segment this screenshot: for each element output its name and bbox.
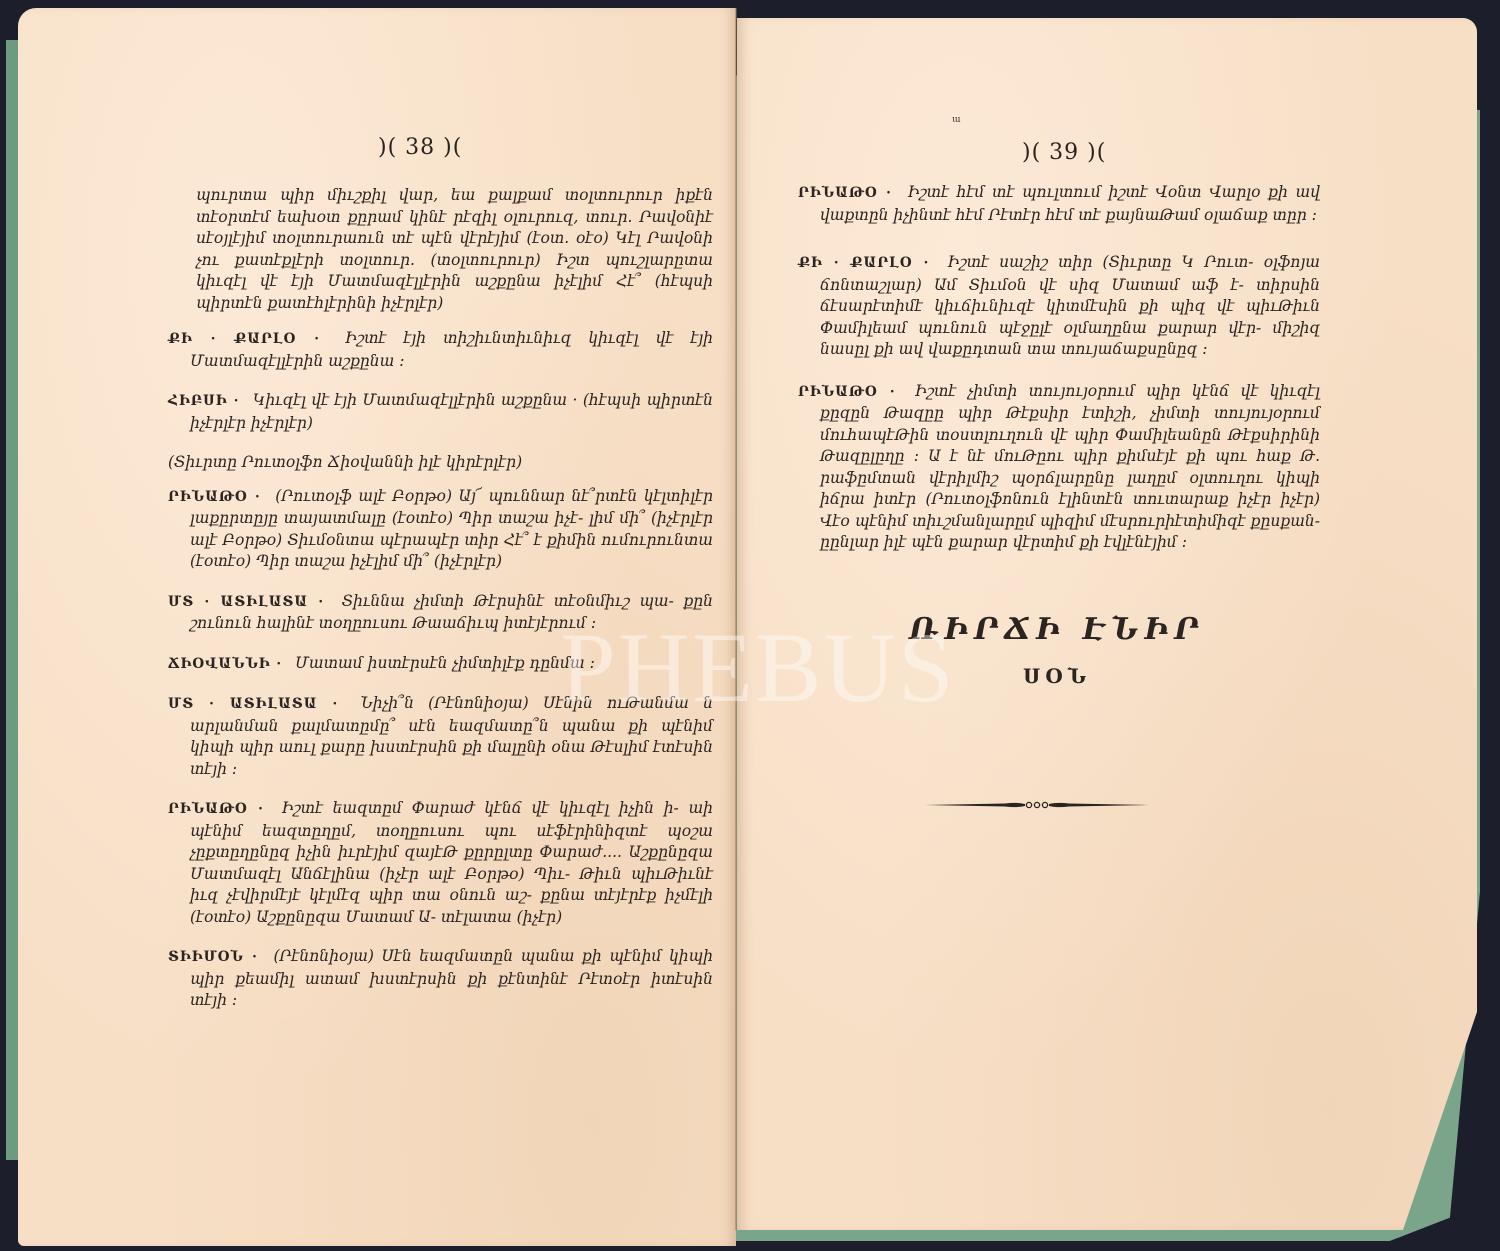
dialogue-text: Իշտէ չիմտի տույույօրում պիր կէնճ վէ կիւզ… <box>820 382 1320 552</box>
dialogue-paragraph: ՏԻԻՄՕՆ · (Րէնոնիօյա) Սէն եազմատըն պանա ք… <box>168 946 713 1012</box>
dialogue-paragraph: ՐԻՆԱԹՕ · Իշտէ հէմ տէ պուլտում իշտէ Վօնտ … <box>798 182 1320 226</box>
speaker-name: ՃԻՕՎԱՆՆԻ · <box>168 656 282 672</box>
left-page-text: պուրտա պիր միւշքիլ վար, եա քալքամ տօլտու… <box>168 185 713 1030</box>
dialogue-paragraph: ՐԻՆԱԹՕ · Իշտէ չիմտի տույույօրում պիր կէն… <box>798 381 1320 554</box>
dialogue-paragraph: ՔԻ · ՔԱՐԼՕ · Իշտէ էյի տիշիւնտիւնիւզ կիւզ… <box>168 328 713 372</box>
dialogue-text: Իշտէ հէմ տէ պուլտում իշտէ Վօնտ Վարլօ քի … <box>820 183 1320 224</box>
speaker-name: ՔԻ · ՔԱՐԼՕ · <box>168 331 320 347</box>
speaker-name: ՔԻ · ՔԱՐԼՕ · <box>798 255 929 271</box>
dialogue-paragraph: ՄՏ · ԱՏԻԼԱՏԱ · Տիւննա չիմտի Թէրսինէ տէօն… <box>168 591 713 635</box>
dialogue-paragraph: ՔԻ · ՔԱՐԼՕ · Իշտէ սաշիշ տիր (Տիւրտը Կ Րո… <box>798 252 1320 361</box>
right-page-text: ՐԻՆԱԹՕ · Իշտէ հէմ տէ պուլտում իշտէ Վօնտ … <box>798 182 1320 572</box>
dialogue-paragraph: ՐԻՆԱԹՕ · (Րուտօլֆ ալէ Բօրթօ) Այ՜ պուննար… <box>168 486 713 573</box>
dialogue-text: պուրտա պիր միւշքիլ վար, եա քալքամ տօլտու… <box>196 186 713 312</box>
dialogue-paragraph: ՀԻԲՍԻ · Կիւզէլ վէ էյի Մատմազէլլէրին աշքը… <box>168 390 713 434</box>
speaker-name: ՐԻՆԱԹՕ · <box>168 801 264 817</box>
dialogue-text: Իշտէ եազտըմ Փարաժ կէնճ վէ կիւզէլ իչին ի-… <box>190 799 713 926</box>
speaker-name: ՀԻԲՍԻ · <box>168 393 239 409</box>
act-ending-subtitle: ՍՕՆ <box>737 664 1377 688</box>
act-ending-title: ՌԻՐՃԻ ԷՆԻՐ <box>737 612 1377 647</box>
dialogue-text: Կիւզէլ վէ էյի Մատմազէլլէրին աշքընա · (հէ… <box>190 391 713 432</box>
decorative-rule-ornament <box>925 798 1149 812</box>
speaker-name: ՐԻՆԱԹՕ · <box>798 384 896 400</box>
stage-direction-text: (Տիւրտը Րուտօլֆո Ճիօվաննի իլէ կիրէրլէր) <box>168 453 522 471</box>
speaker-name: ՐԻՆԱԹՕ · <box>168 489 261 505</box>
speaker-name: ՐԻՆԱԹՕ · <box>798 185 892 201</box>
left-page-number: )( 38 )( <box>378 135 462 160</box>
paragraph: պուրտա պիր միւշքիլ վար, եա քալքամ տօլտու… <box>168 185 713 314</box>
dialogue-paragraph: ՃԻՕՎԱՆՆԻ · Մատամ իստէրսէն չիմտիլէք դընմա… <box>168 653 713 676</box>
print-mark: ա <box>952 115 961 125</box>
dialogue-paragraph: ՄՏ · ԱՏԻԼԱՏԱ · Նիչի՞ն (Րէնոնիօյա) Սէնին … <box>168 693 713 780</box>
dialogue-text: (Րուտօլֆ ալէ Բօրթօ) Այ՜ պուննար նէ՞րտէն … <box>190 487 713 571</box>
dialogue-text: Մատամ իստէրսէն չիմտիլէք դընմա ։ <box>295 654 595 672</box>
dialogue-paragraph: ՐԻՆԱԹՕ · Իշտէ եազտըմ Փարաժ կէնճ վէ կիւզէ… <box>168 798 713 928</box>
stage-direction: (Տիւրտը Րուտօլֆո Ճիօվաննի իլէ կիրէրլէր) <box>168 452 713 474</box>
speaker-name: ՄՏ · ԱՏԻԼԱՏԱ · <box>168 594 324 610</box>
right-page-number: )( 39 )( <box>1022 140 1106 165</box>
speaker-name: ՄՏ · ԱՏԻԼԱՏԱ · <box>168 696 338 712</box>
speaker-name: ՏԻԻՄՕՆ · <box>168 949 258 965</box>
dialogue-text: (Րէնոնիօյա) Սէն եազմատըն պանա քի պէնիմ կ… <box>190 947 713 1009</box>
